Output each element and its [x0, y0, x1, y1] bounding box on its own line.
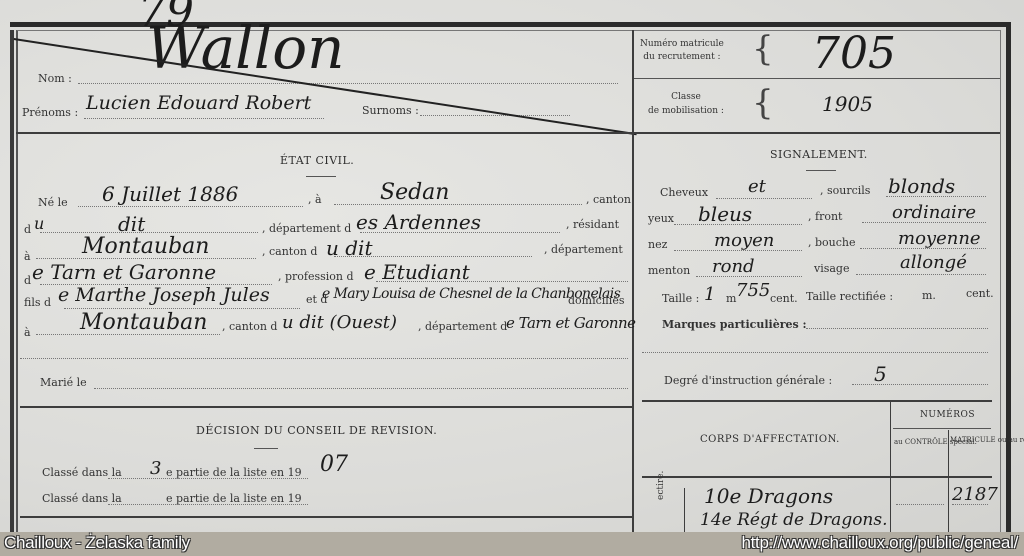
fils-label: fils d: [24, 296, 51, 309]
taille-label: Taille :: [662, 292, 699, 305]
degre-label: Degré d'instruction générale :: [664, 374, 832, 387]
res-canton-label: , canton d: [262, 245, 317, 258]
res-a-dots: [36, 258, 256, 259]
affectation-side-label: ectire.: [656, 471, 666, 500]
taille-cm-unit: cent.: [770, 292, 798, 305]
matricule-brace: {: [752, 32, 774, 66]
controle-dots: [896, 504, 944, 505]
classe-label-line1: Classe: [648, 90, 724, 104]
matricule-label-line1: Numéro matricule: [640, 38, 724, 51]
d2-label: d: [24, 274, 31, 287]
classe-row1-part: 3: [150, 458, 161, 479]
yeux-dots: [674, 224, 802, 225]
front-dots: [862, 222, 986, 223]
numeros-rule: [893, 428, 991, 429]
visage-dots: [856, 274, 986, 275]
domicilies-label: domiciliés: [568, 294, 624, 307]
dom-departement-label: , département d: [418, 320, 507, 333]
visage-label: visage: [814, 262, 850, 275]
dom-departement-value: e Tarn et Garonne: [506, 314, 636, 332]
nez-label: nez: [648, 238, 667, 251]
sourcils-label: , sourcils: [820, 184, 870, 197]
taille-rectifiee-label: Taille rectifiée :: [806, 290, 893, 303]
ne-le-dots: [78, 206, 303, 207]
col-matricule-repertoire: MATRICULE ou au répertoire.: [950, 436, 992, 445]
classe-brace: {: [752, 86, 774, 120]
taille-rectifiee-cm: cent.: [966, 287, 994, 300]
classe-row2-dots: [108, 504, 308, 505]
departement-dots: [360, 232, 560, 233]
canton-dots: [40, 232, 258, 233]
matricule-label: Numéro matricule du recrutement :: [640, 38, 724, 64]
col-controle-special: au CONTRÔLE spécial.: [894, 438, 946, 447]
taille-cm-value: 755: [736, 280, 770, 301]
nom-value: Wallon: [146, 14, 345, 82]
prenoms-value: Lucien Edouard Robert: [86, 92, 311, 114]
affectation-title: CORPS D'AFFECTATION.: [700, 434, 840, 445]
etat-civil-title: ÉTAT CIVIL.: [280, 154, 354, 167]
marie-label: Marié le: [40, 376, 87, 389]
fils-dots: [64, 308, 300, 309]
affectation-divider: [890, 400, 891, 532]
dom-canton-value: u dit (Ouest): [282, 312, 397, 333]
etat-civil-title-rule: [306, 176, 336, 177]
bouche-value: moyenne: [898, 228, 981, 249]
classe-row1-year: 07: [320, 452, 348, 477]
yeux-value: bleus: [698, 202, 752, 226]
left-border-rule: [10, 30, 14, 540]
menton-label: menton: [648, 264, 690, 277]
affectation-matricule-value: 2187: [952, 484, 998, 505]
nom-label: Nom :: [38, 72, 72, 85]
matricule-value: 705: [812, 28, 896, 79]
visage-value: allongé: [900, 252, 967, 273]
dom-a-dots: [36, 334, 220, 335]
affectation-entry-2: 14e Régt de Dragons.: [700, 510, 888, 530]
header-right-divider: [634, 78, 1000, 79]
d2-value: e Tarn et Garonne: [32, 260, 216, 284]
sourcils-value: blonds: [888, 174, 955, 198]
center-divider: [632, 30, 634, 535]
surnoms-dotted-line: [420, 115, 570, 116]
res-a-value: Montauban: [82, 234, 209, 259]
front-label: , front: [808, 210, 842, 223]
front-value: ordinaire: [892, 202, 976, 223]
a-value: Sedan: [380, 180, 449, 205]
res-canton-dots: [334, 256, 532, 257]
prenoms-label: Prénoms :: [22, 106, 78, 119]
canton-label: , canton: [586, 193, 631, 206]
nom-dotted-line: [78, 83, 618, 84]
a-dots: [334, 204, 582, 205]
signalement-bottom-rule: [642, 400, 992, 402]
etat-civil-bottom-rule: [20, 406, 632, 408]
footer-family-credit: Chailloux - Żelaska family: [4, 533, 190, 553]
blank-dots-row: [20, 358, 628, 359]
degre-dots: [852, 384, 988, 385]
departement-label: , département d: [262, 222, 351, 235]
sourcils-dots: [886, 196, 986, 197]
numeros-title: NUMÉROS: [920, 410, 975, 420]
cheveux-label: Cheveux: [660, 186, 708, 199]
footer-url: http://www.chailloux.org/public/geneal/: [741, 533, 1018, 553]
degre-value: 5: [874, 362, 887, 386]
matricule-dots: [952, 504, 988, 505]
dom-a-label: à: [24, 326, 31, 339]
affectation-side-rule: [684, 488, 685, 532]
cheveux-value: et: [748, 176, 766, 197]
scanned-register-page: 79 Wallon Nom : Prénoms : Lucien Edouard…: [0, 0, 1024, 532]
classe-value: 1905: [822, 92, 873, 116]
d1-label: d: [24, 223, 31, 236]
decision-bottom-rule: [20, 516, 632, 518]
a-label: , à: [308, 193, 322, 206]
affectation-header-rule: [642, 476, 992, 478]
taille-m-unit: m: [726, 292, 736, 305]
classe-label-line2: de mobilisation :: [648, 104, 724, 118]
residant-label: , résidant: [566, 218, 619, 231]
res-departement-label: , département: [544, 243, 623, 256]
classe-row1-dots: [108, 478, 308, 479]
signalement-title: SIGNALEMENT.: [770, 148, 868, 161]
marques-dots: [806, 328, 988, 329]
bouche-label: , bouche: [808, 236, 856, 249]
surnoms-label: Surnoms :: [362, 104, 419, 117]
nez-value: moyen: [714, 230, 774, 251]
dom-canton-label: , canton d: [222, 320, 277, 333]
d1-suffix: u: [34, 214, 44, 233]
taille-m-value: 1: [704, 284, 715, 305]
affectation-entry-1: 10e Dragons: [704, 484, 833, 508]
marie-dots: [94, 388, 628, 389]
classe-label: Classe de mobilisation :: [648, 90, 724, 118]
profession-label: , profession d: [278, 270, 354, 283]
ne-le-value: 6 Juillet 1886: [102, 182, 238, 206]
cheveux-dots: [716, 198, 812, 199]
taille-rectifiee-m: m.: [922, 289, 936, 302]
watermark-footer: Chailloux - Żelaska family http://www.ch…: [0, 532, 1024, 556]
marques-dots-2: [642, 352, 988, 353]
menton-value: rond: [712, 256, 755, 277]
profession-dots: [376, 281, 628, 282]
decision-title-rule: [254, 448, 278, 449]
header-bottom-rule: [16, 132, 1000, 134]
signalement-title-rule: [806, 170, 836, 171]
menton-dots: [696, 276, 802, 277]
ne-le-label: Né le: [38, 196, 68, 209]
dom-a-value: Montauban: [80, 310, 207, 335]
fils-value: e Marthe Joseph Jules: [58, 284, 270, 306]
res-a-label: à: [24, 250, 31, 263]
decision-title: DÉCISION DU CONSEIL DE REVISION.: [196, 424, 437, 437]
departement-value: es Ardennes: [356, 210, 481, 234]
yeux-label: yeux: [648, 212, 674, 225]
prenoms-dotted-line: [84, 118, 324, 119]
nez-dots: [674, 250, 802, 251]
marques-label: Marques particulières :: [662, 318, 807, 331]
matricule-label-line2: du recrutement :: [640, 51, 724, 64]
bouche-dots: [860, 248, 986, 249]
